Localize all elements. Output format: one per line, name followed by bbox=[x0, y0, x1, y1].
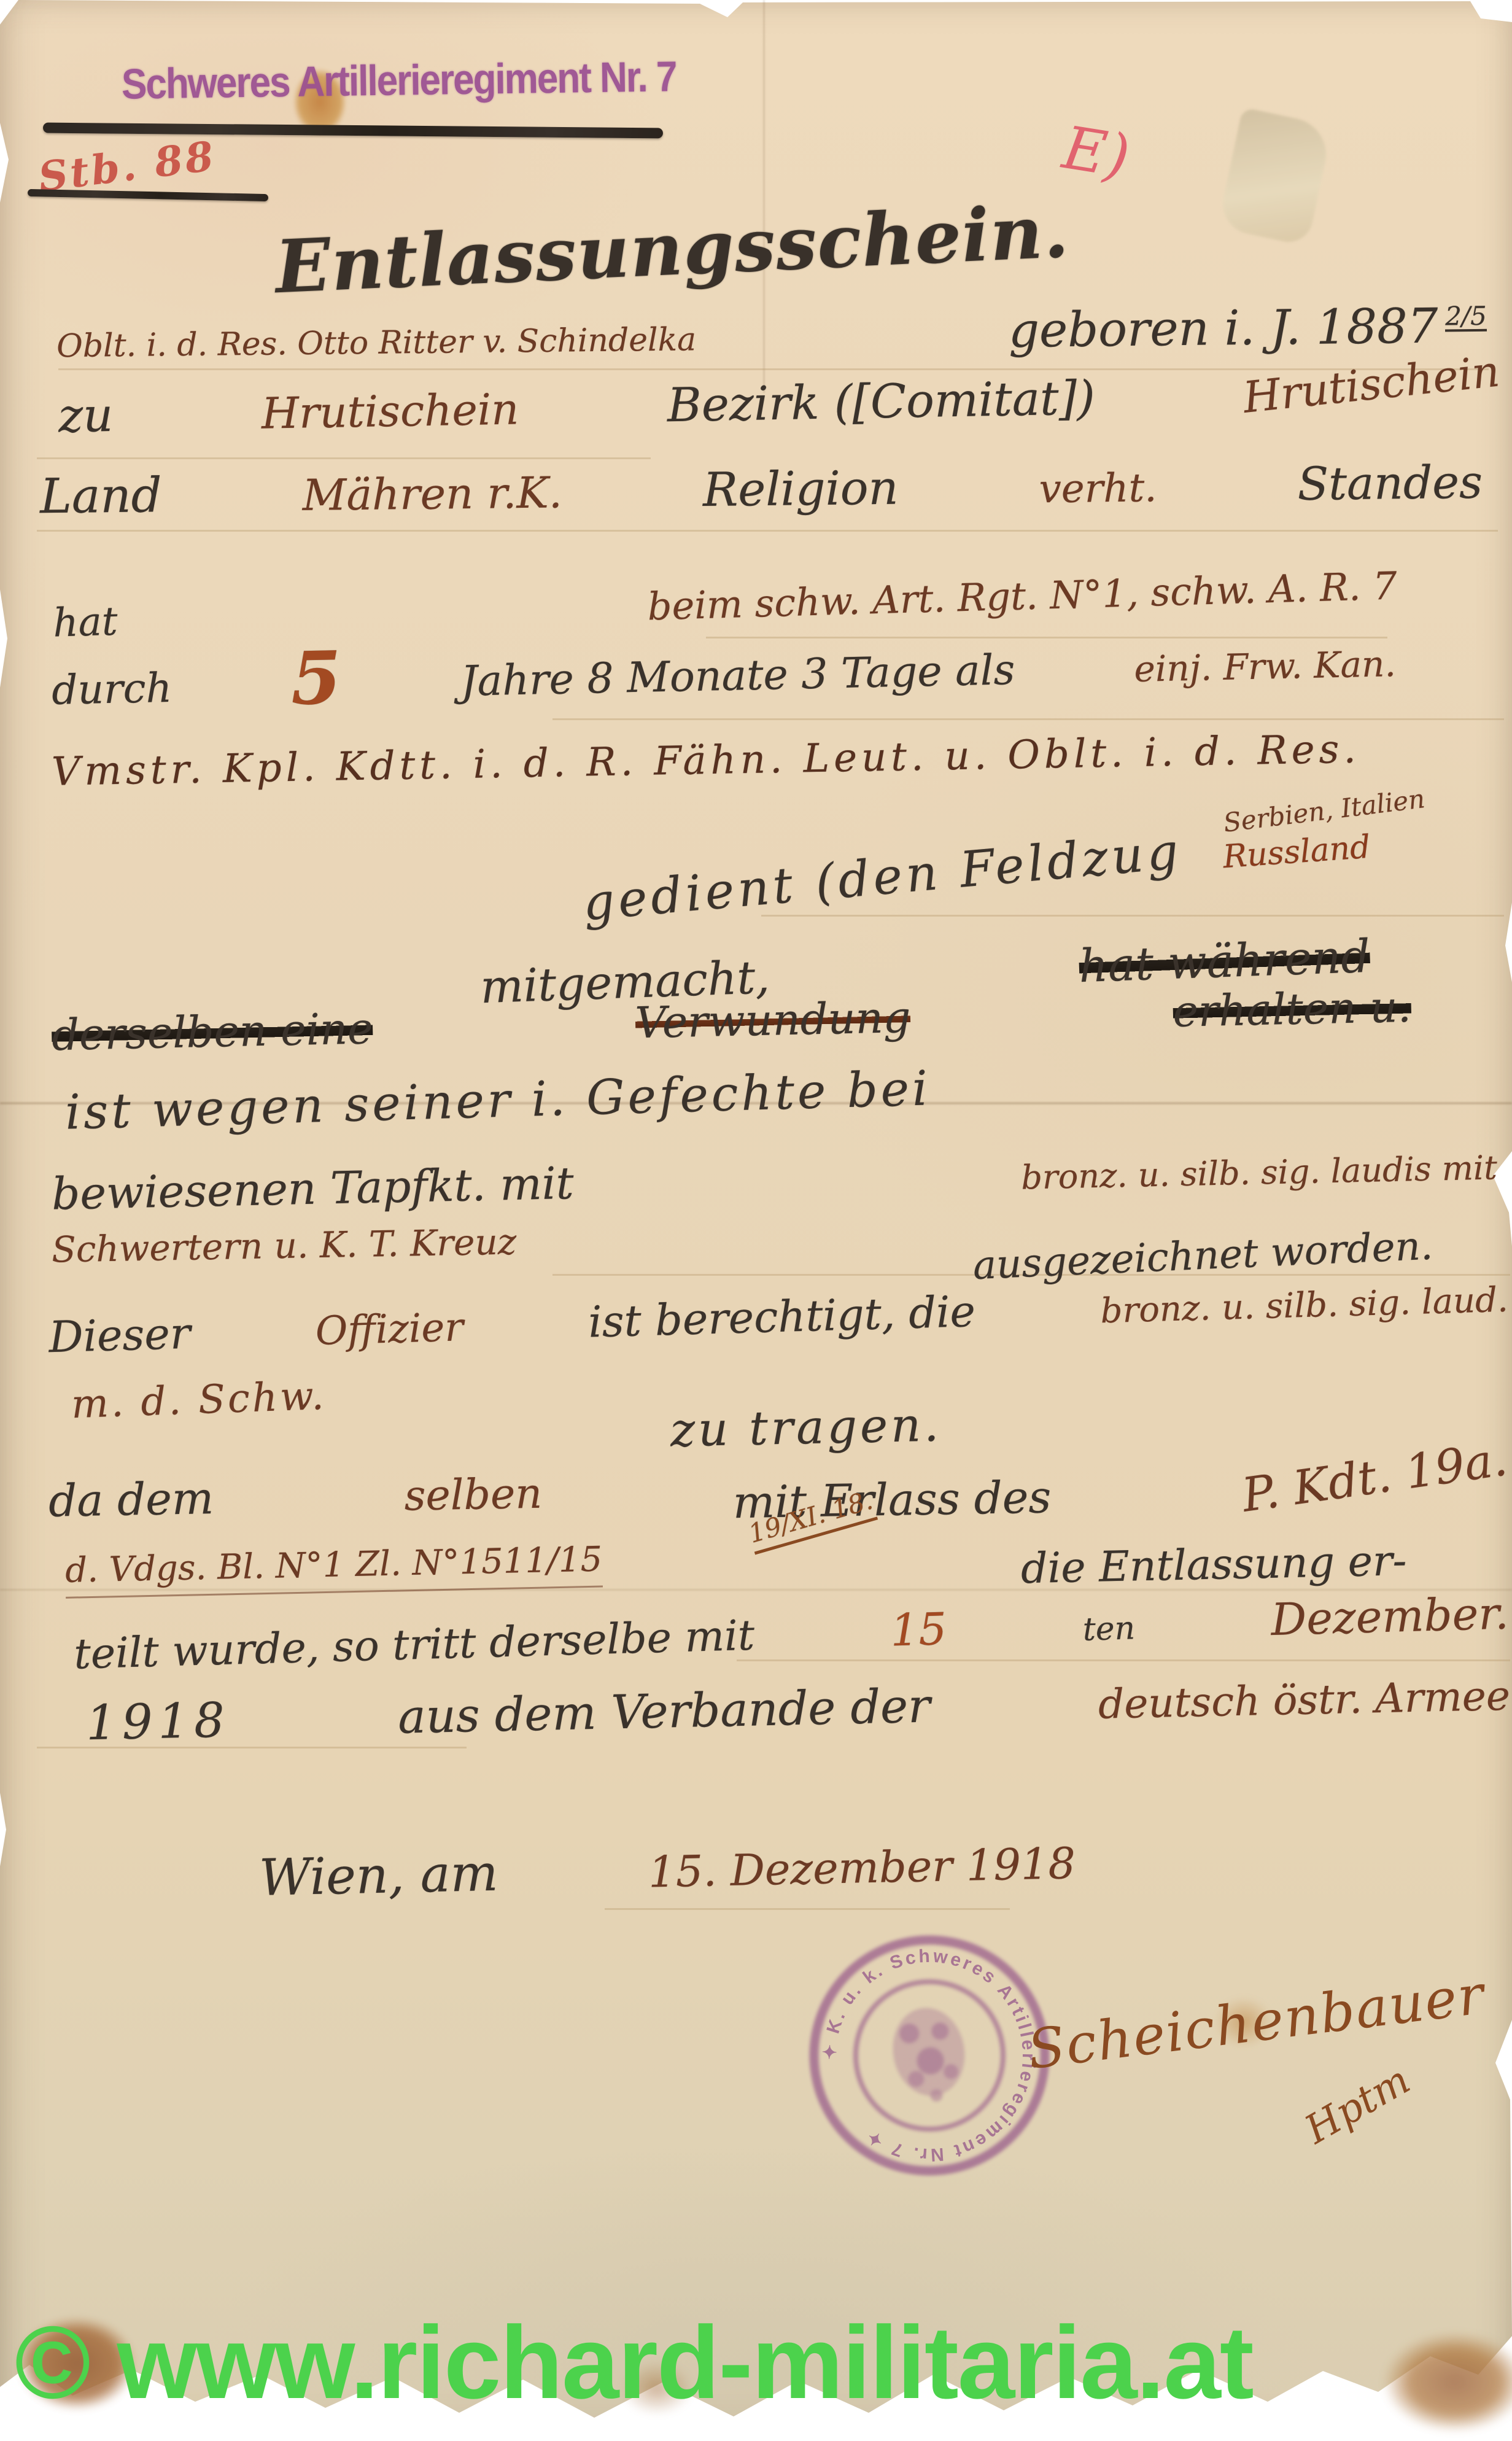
birth-year-text: geboren i. J. 1887 bbox=[1009, 299, 1438, 359]
land-label: Land bbox=[40, 468, 162, 524]
schwertern-text: Schwertern u. K. T. Kreuz bbox=[52, 1220, 517, 1270]
struck-text-erhalten: erhalten u. bbox=[1173, 982, 1412, 1037]
line-mit-den-schwertern: m. d. Schw. bbox=[71, 1373, 327, 1427]
signum-laudis-text: bronz. u. silb. sig. laudis mit bbox=[1021, 1148, 1498, 1197]
birth-year-group: geboren i. J. 18872/5 bbox=[1009, 298, 1487, 359]
durch-text: durch bbox=[51, 664, 172, 714]
volunteer-rank-text: einj. Frw. Kan. bbox=[1134, 643, 1397, 690]
da-dem-text: da dem bbox=[48, 1472, 214, 1527]
entlassung-text: die Entlassung er- bbox=[1020, 1537, 1407, 1593]
struck-text-verwundung: Verwundung bbox=[635, 992, 912, 1048]
birth-day-fraction: 2/5 bbox=[1445, 303, 1487, 332]
officer-name-text: Oblt. i. d. Res. Otto Ritter v. Schindel… bbox=[56, 321, 697, 365]
day-number: 15 bbox=[890, 1603, 947, 1656]
seal-eagle-emblem bbox=[886, 2002, 972, 2108]
offizier-text: Offizier bbox=[315, 1305, 464, 1354]
hat-text: hat bbox=[52, 599, 118, 646]
zu-text: zu bbox=[58, 387, 114, 443]
mdschw-text: m. d. Schw. bbox=[71, 1373, 327, 1427]
line-zu-tragen: zu tragen. bbox=[670, 1397, 942, 1457]
religion-label: Religion bbox=[703, 460, 899, 517]
regiment-ink-stamp-text: Schweres Artillerieregiment Nr. 7 bbox=[121, 52, 676, 109]
standes-label: Standes bbox=[1297, 456, 1483, 511]
dezember-text: Dezember. bbox=[1270, 1587, 1509, 1645]
selben-text: selben bbox=[404, 1470, 543, 1521]
land-value-text: Mähren r.K. bbox=[302, 467, 562, 520]
website-watermark: © www.richard-militaria.at bbox=[15, 2303, 1253, 2422]
date-text: 15. Dezember 1918 bbox=[648, 1838, 1076, 1898]
struck-text-derselben: derselben eine bbox=[51, 1003, 373, 1060]
army-name-text: deutsch östr. Armee bbox=[1098, 1672, 1510, 1728]
ten-suffix: ten bbox=[1082, 1610, 1136, 1648]
birthplace-text: Hrutischein bbox=[261, 384, 519, 438]
dieser-text: Dieser bbox=[48, 1308, 191, 1362]
year-1918-text: 1918 bbox=[85, 1693, 230, 1751]
tapferkeit-text: bewiesenen Tapfkt. mit bbox=[51, 1157, 574, 1220]
years-number: 5 bbox=[291, 678, 341, 679]
district-label: Bezirk ([Comitat]) bbox=[667, 370, 1095, 432]
red-pencil-mark: E) bbox=[1058, 113, 1134, 191]
scanned-document-page: { "palette": { "paper": "#e8d5b6", "penc… bbox=[0, 0, 1512, 2441]
place-text: Wien, am bbox=[258, 1844, 498, 1907]
zu-tragen-text: zu tragen. bbox=[670, 1397, 942, 1457]
marital-status-text: verht. bbox=[1039, 465, 1157, 512]
verband-text: aus dem Verbande der bbox=[397, 1678, 931, 1744]
